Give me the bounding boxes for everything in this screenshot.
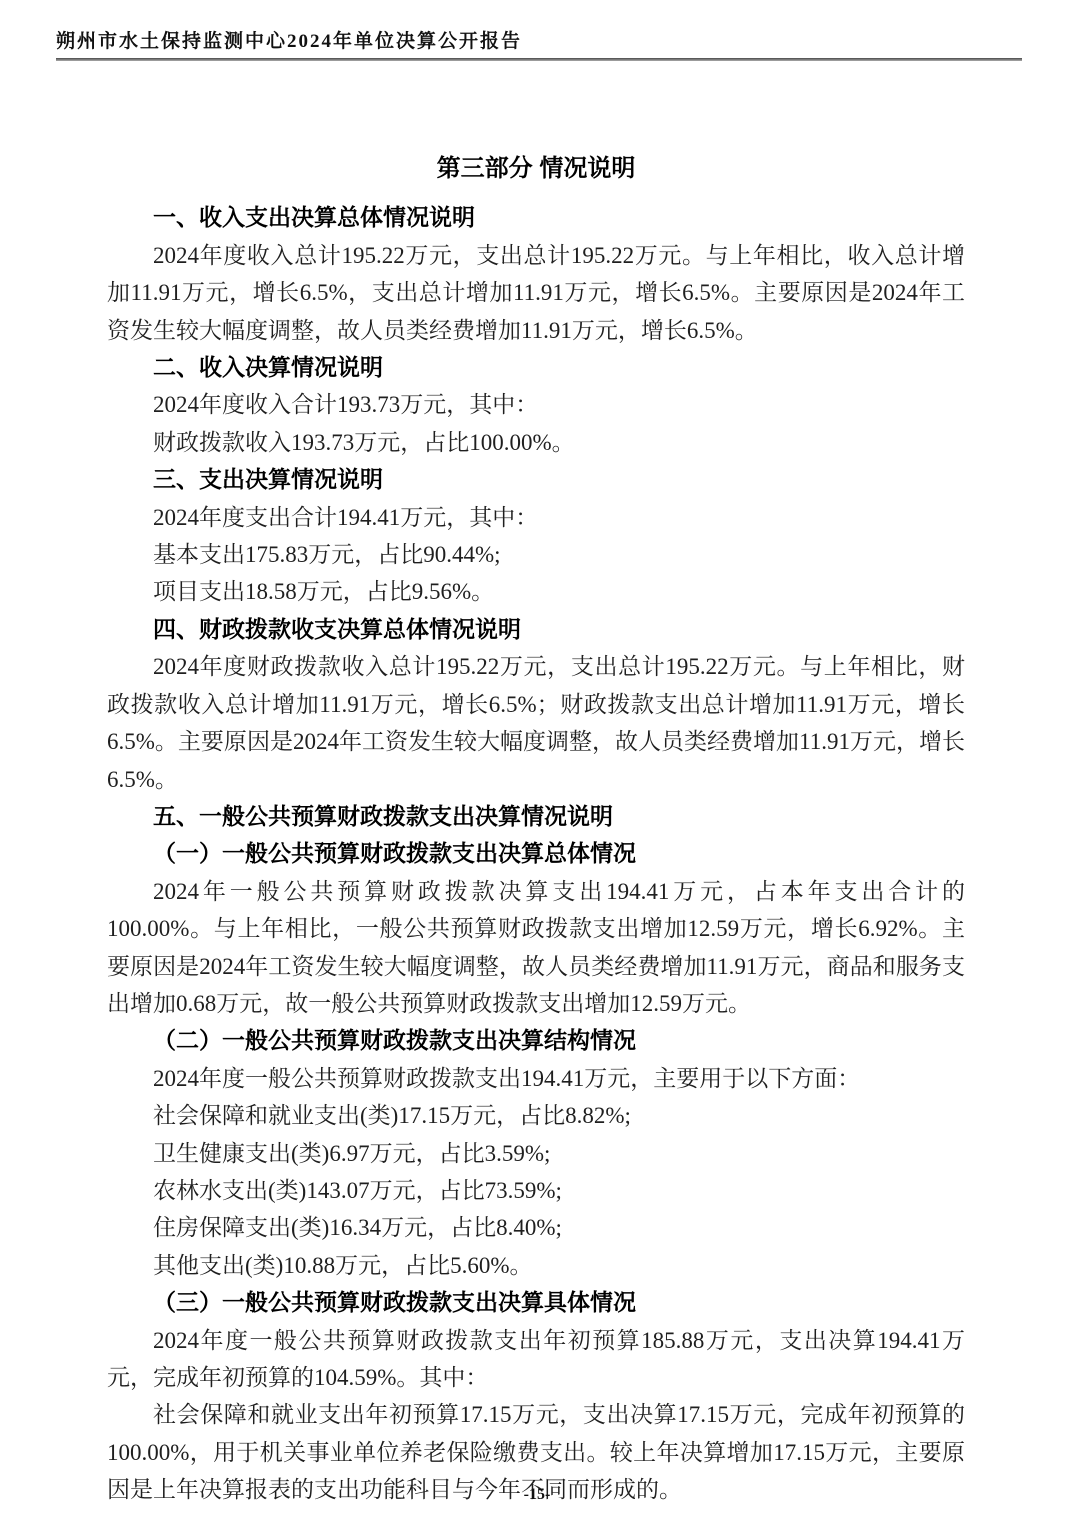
paragraph: 卫生健康支出(类)6.97万元，占比3.59%;: [107, 1135, 965, 1172]
paragraph: 其他支出(类)10.88万元，占比5.60%。: [107, 1247, 965, 1284]
section-heading-1: 一、收入支出决算总体情况说明: [107, 199, 965, 236]
document-page: 朔州市水土保持监测中心2024年单位决算公开报告 第三部分 情况说明 一、收入支…: [0, 0, 1074, 1520]
paragraph: 财政拨款收入193.73万元，占比100.00%。: [107, 424, 965, 461]
document-title: 第三部分 情况说明: [107, 150, 965, 187]
subsection-heading-5-3: （三）一般公共预算财政拨款支出决算具体情况: [107, 1284, 965, 1321]
header-divider: [56, 58, 1022, 61]
section-heading-3: 三、支出决算情况说明: [107, 461, 965, 498]
paragraph: 住房保障支出(类)16.34万元，占比8.40%;: [107, 1209, 965, 1246]
paragraph: 2024年度财政拨款收入总计195.22万元，支出总计195.22万元。与上年相…: [107, 648, 965, 798]
paragraph: 2024年度一般公共预算财政拨款支出194.41万元，主要用于以下方面：: [107, 1060, 965, 1097]
paragraph: 2024年度收入合计193.73万元，其中：: [107, 386, 965, 423]
page-number: -15-: [0, 1486, 1074, 1504]
subsection-heading-5-2: （二）一般公共预算财政拨款支出决算结构情况: [107, 1022, 965, 1059]
paragraph: 2024年度一般公共预算财政拨款支出年初预算185.88万元，支出决算194.4…: [107, 1322, 965, 1397]
report-header-title: 朔州市水土保持监测中心2024年单位决算公开报告: [56, 26, 1022, 53]
section-heading-5: 五、一般公共预算财政拨款支出决算情况说明: [107, 798, 965, 835]
page-header: 朔州市水土保持监测中心2024年单位决算公开报告: [56, 26, 1022, 61]
document-body: 第三部分 情况说明 一、收入支出决算总体情况说明 2024年度收入总计195.2…: [107, 150, 965, 1509]
paragraph: 农林水支出(类)143.07万元，占比73.59%;: [107, 1172, 965, 1209]
paragraph: 2024年一般公共预算财政拨款决算支出194.41万元，占本年支出合计的100.…: [107, 873, 965, 1023]
section-heading-4: 四、财政拨款收支决算总体情况说明: [107, 611, 965, 648]
paragraph: 社会保障和就业支出(类)17.15万元，占比8.82%;: [107, 1097, 965, 1134]
section-heading-2: 二、收入决算情况说明: [107, 349, 965, 386]
paragraph: 项目支出18.58万元，占比9.56%。: [107, 573, 965, 610]
subsection-heading-5-1: （一）一般公共预算财政拨款支出决算总体情况: [107, 835, 965, 872]
paragraph: 2024年度收入总计195.22万元，支出总计195.22万元。与上年相比，收入…: [107, 237, 965, 349]
paragraph: 基本支出175.83万元，占比90.44%;: [107, 536, 965, 573]
paragraph: 2024年度支出合计194.41万元，其中：: [107, 499, 965, 536]
